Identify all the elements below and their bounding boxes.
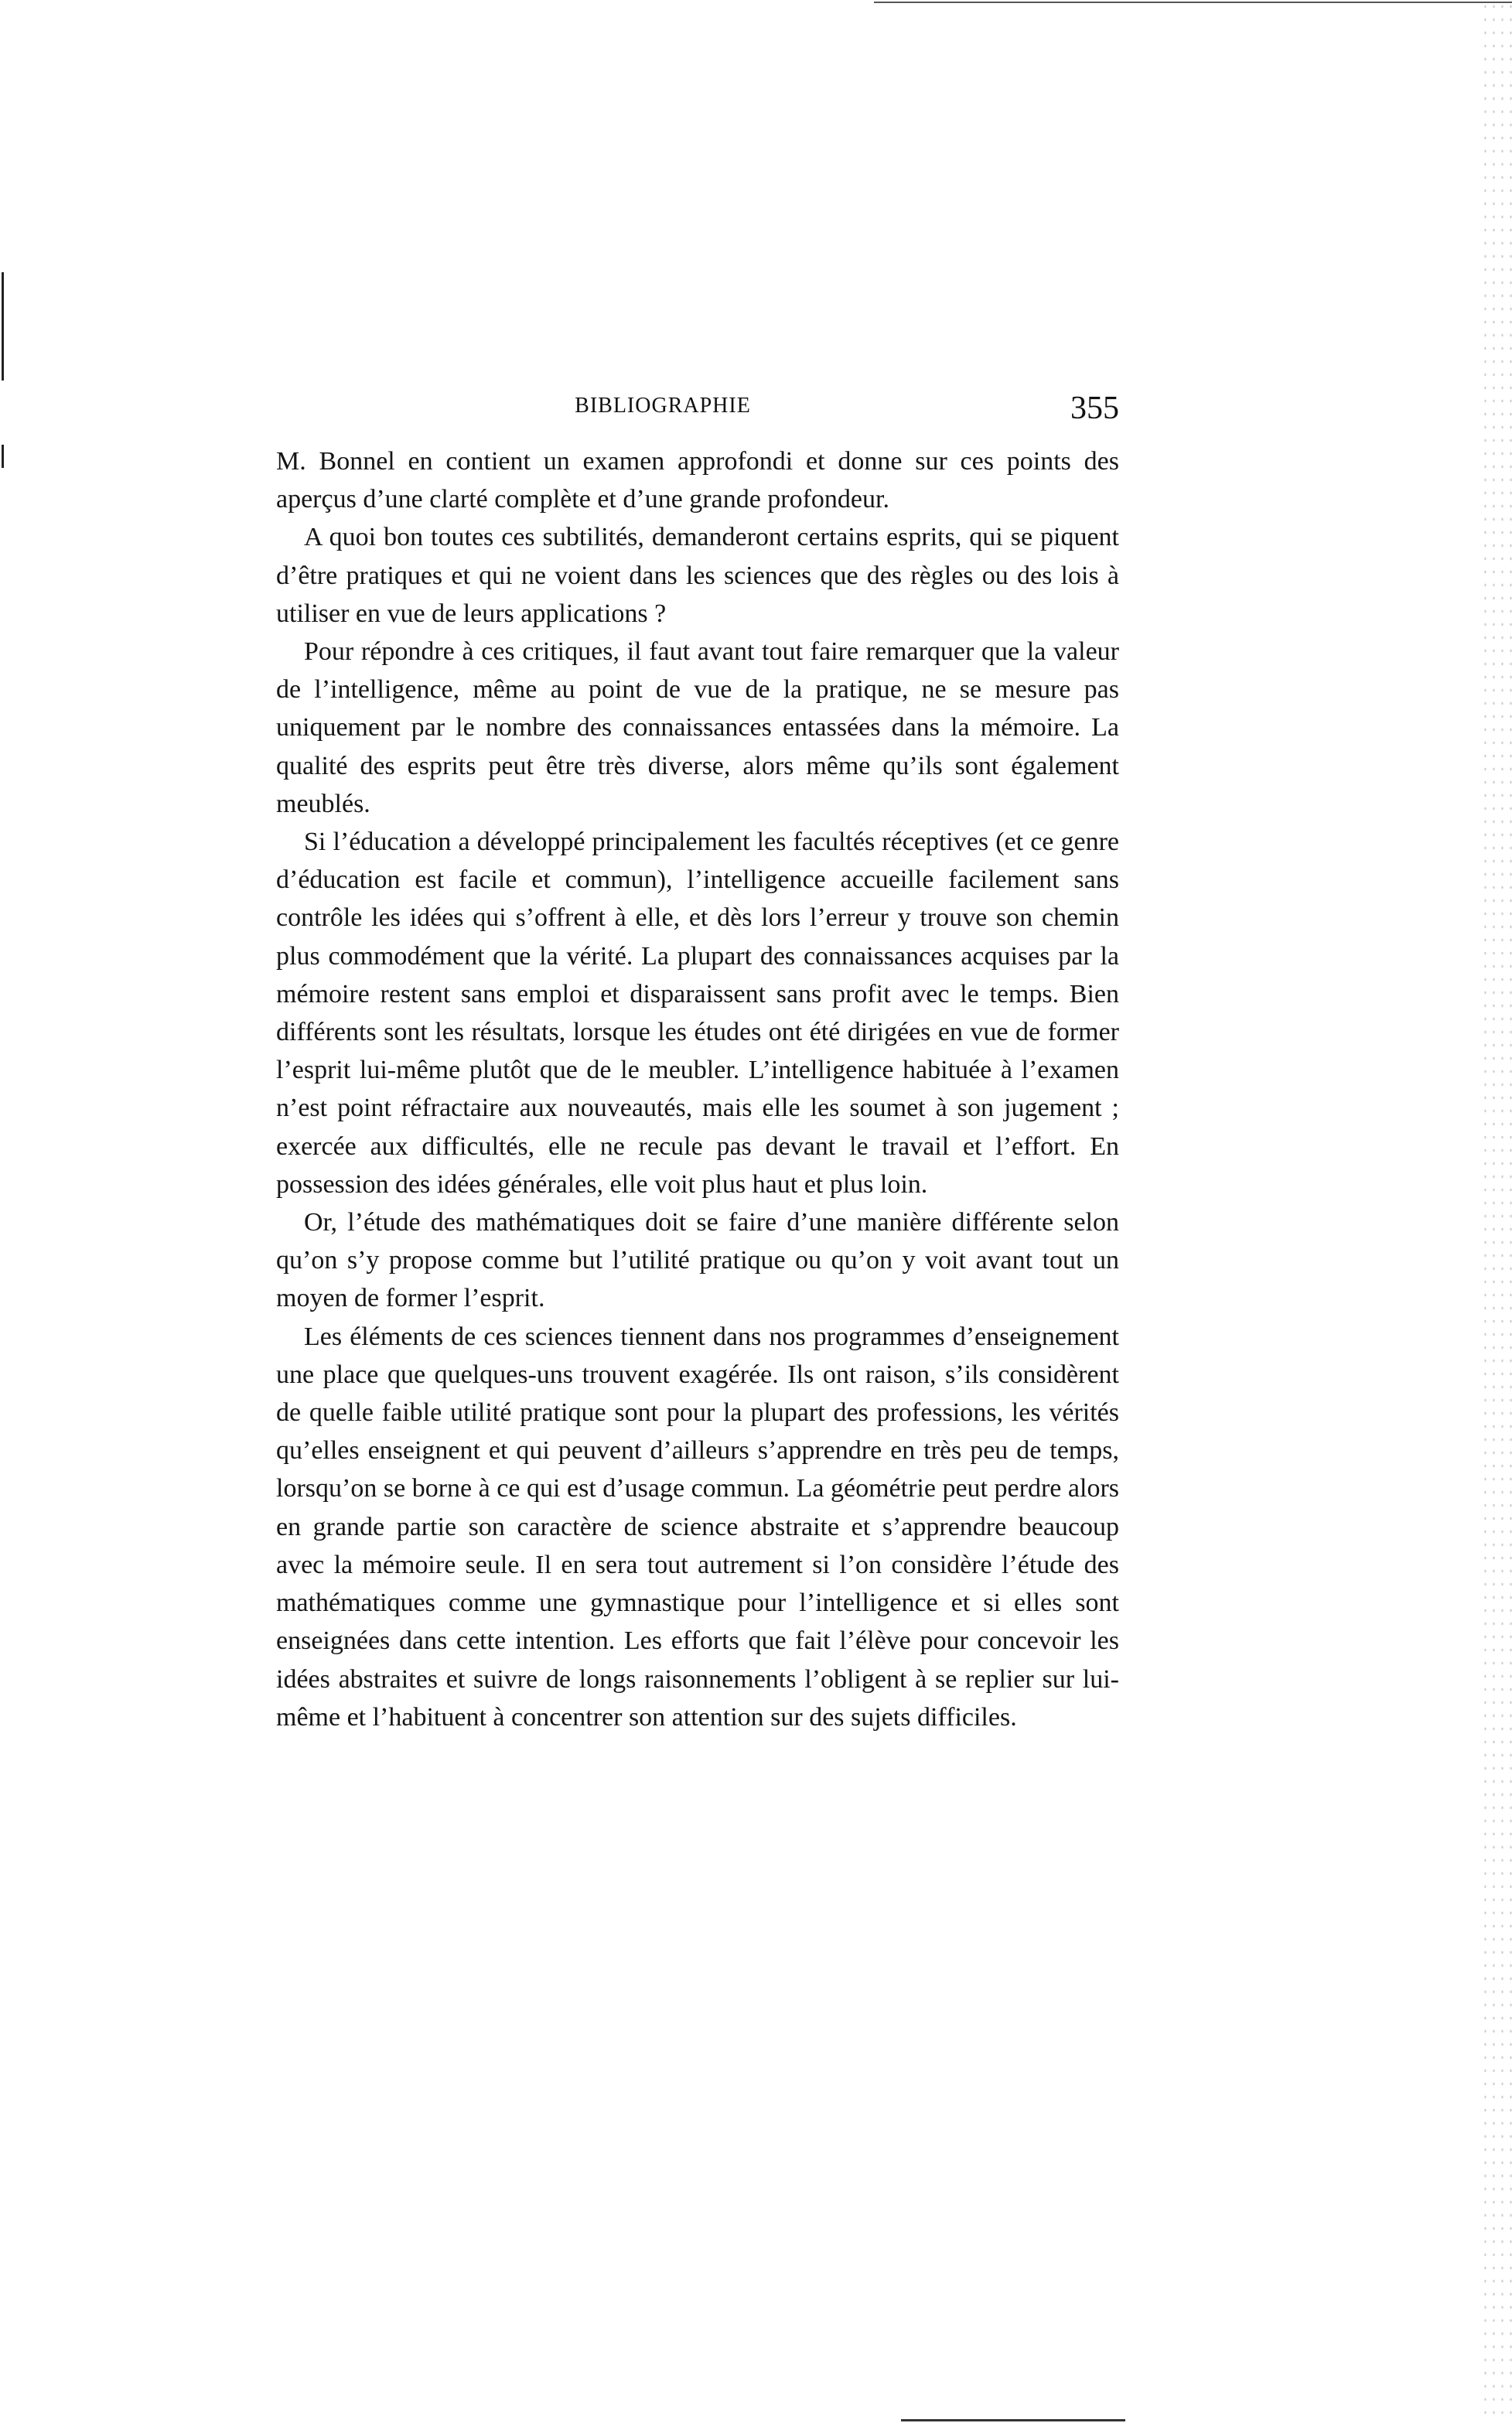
body-text: M. Bonnel en contient un examen approfon… bbox=[276, 442, 1119, 1736]
paragraph: Or, l’étude des mathématiques doit se fa… bbox=[276, 1203, 1119, 1318]
scan-edge-mark bbox=[874, 2, 1512, 3]
scan-speckle bbox=[1481, 0, 1512, 2423]
page-number: 355 bbox=[1070, 387, 1119, 430]
paragraph: M. Bonnel en contient un examen approfon… bbox=[276, 442, 1119, 518]
paragraph: Si l’éducation a développé principalemen… bbox=[276, 823, 1119, 1203]
running-head-title: BIBLIOGRAPHIE bbox=[276, 387, 1050, 425]
paragraph: Pour répondre à ces critiques, il faut a… bbox=[276, 633, 1119, 823]
running-head: BIBLIOGRAPHIE 355 bbox=[276, 387, 1119, 425]
scan-edge-mark bbox=[901, 2419, 1125, 2421]
scan-edge-mark bbox=[2, 272, 4, 381]
scan-edge-mark bbox=[2, 445, 4, 468]
paragraph: Les éléments de ces sciences tiennent da… bbox=[276, 1318, 1119, 1736]
scanned-page: BIBLIOGRAPHIE 355 M. Bonnel en contient … bbox=[0, 0, 1512, 2423]
paragraph: A quoi bon toutes ces subtilités, demand… bbox=[276, 518, 1119, 633]
